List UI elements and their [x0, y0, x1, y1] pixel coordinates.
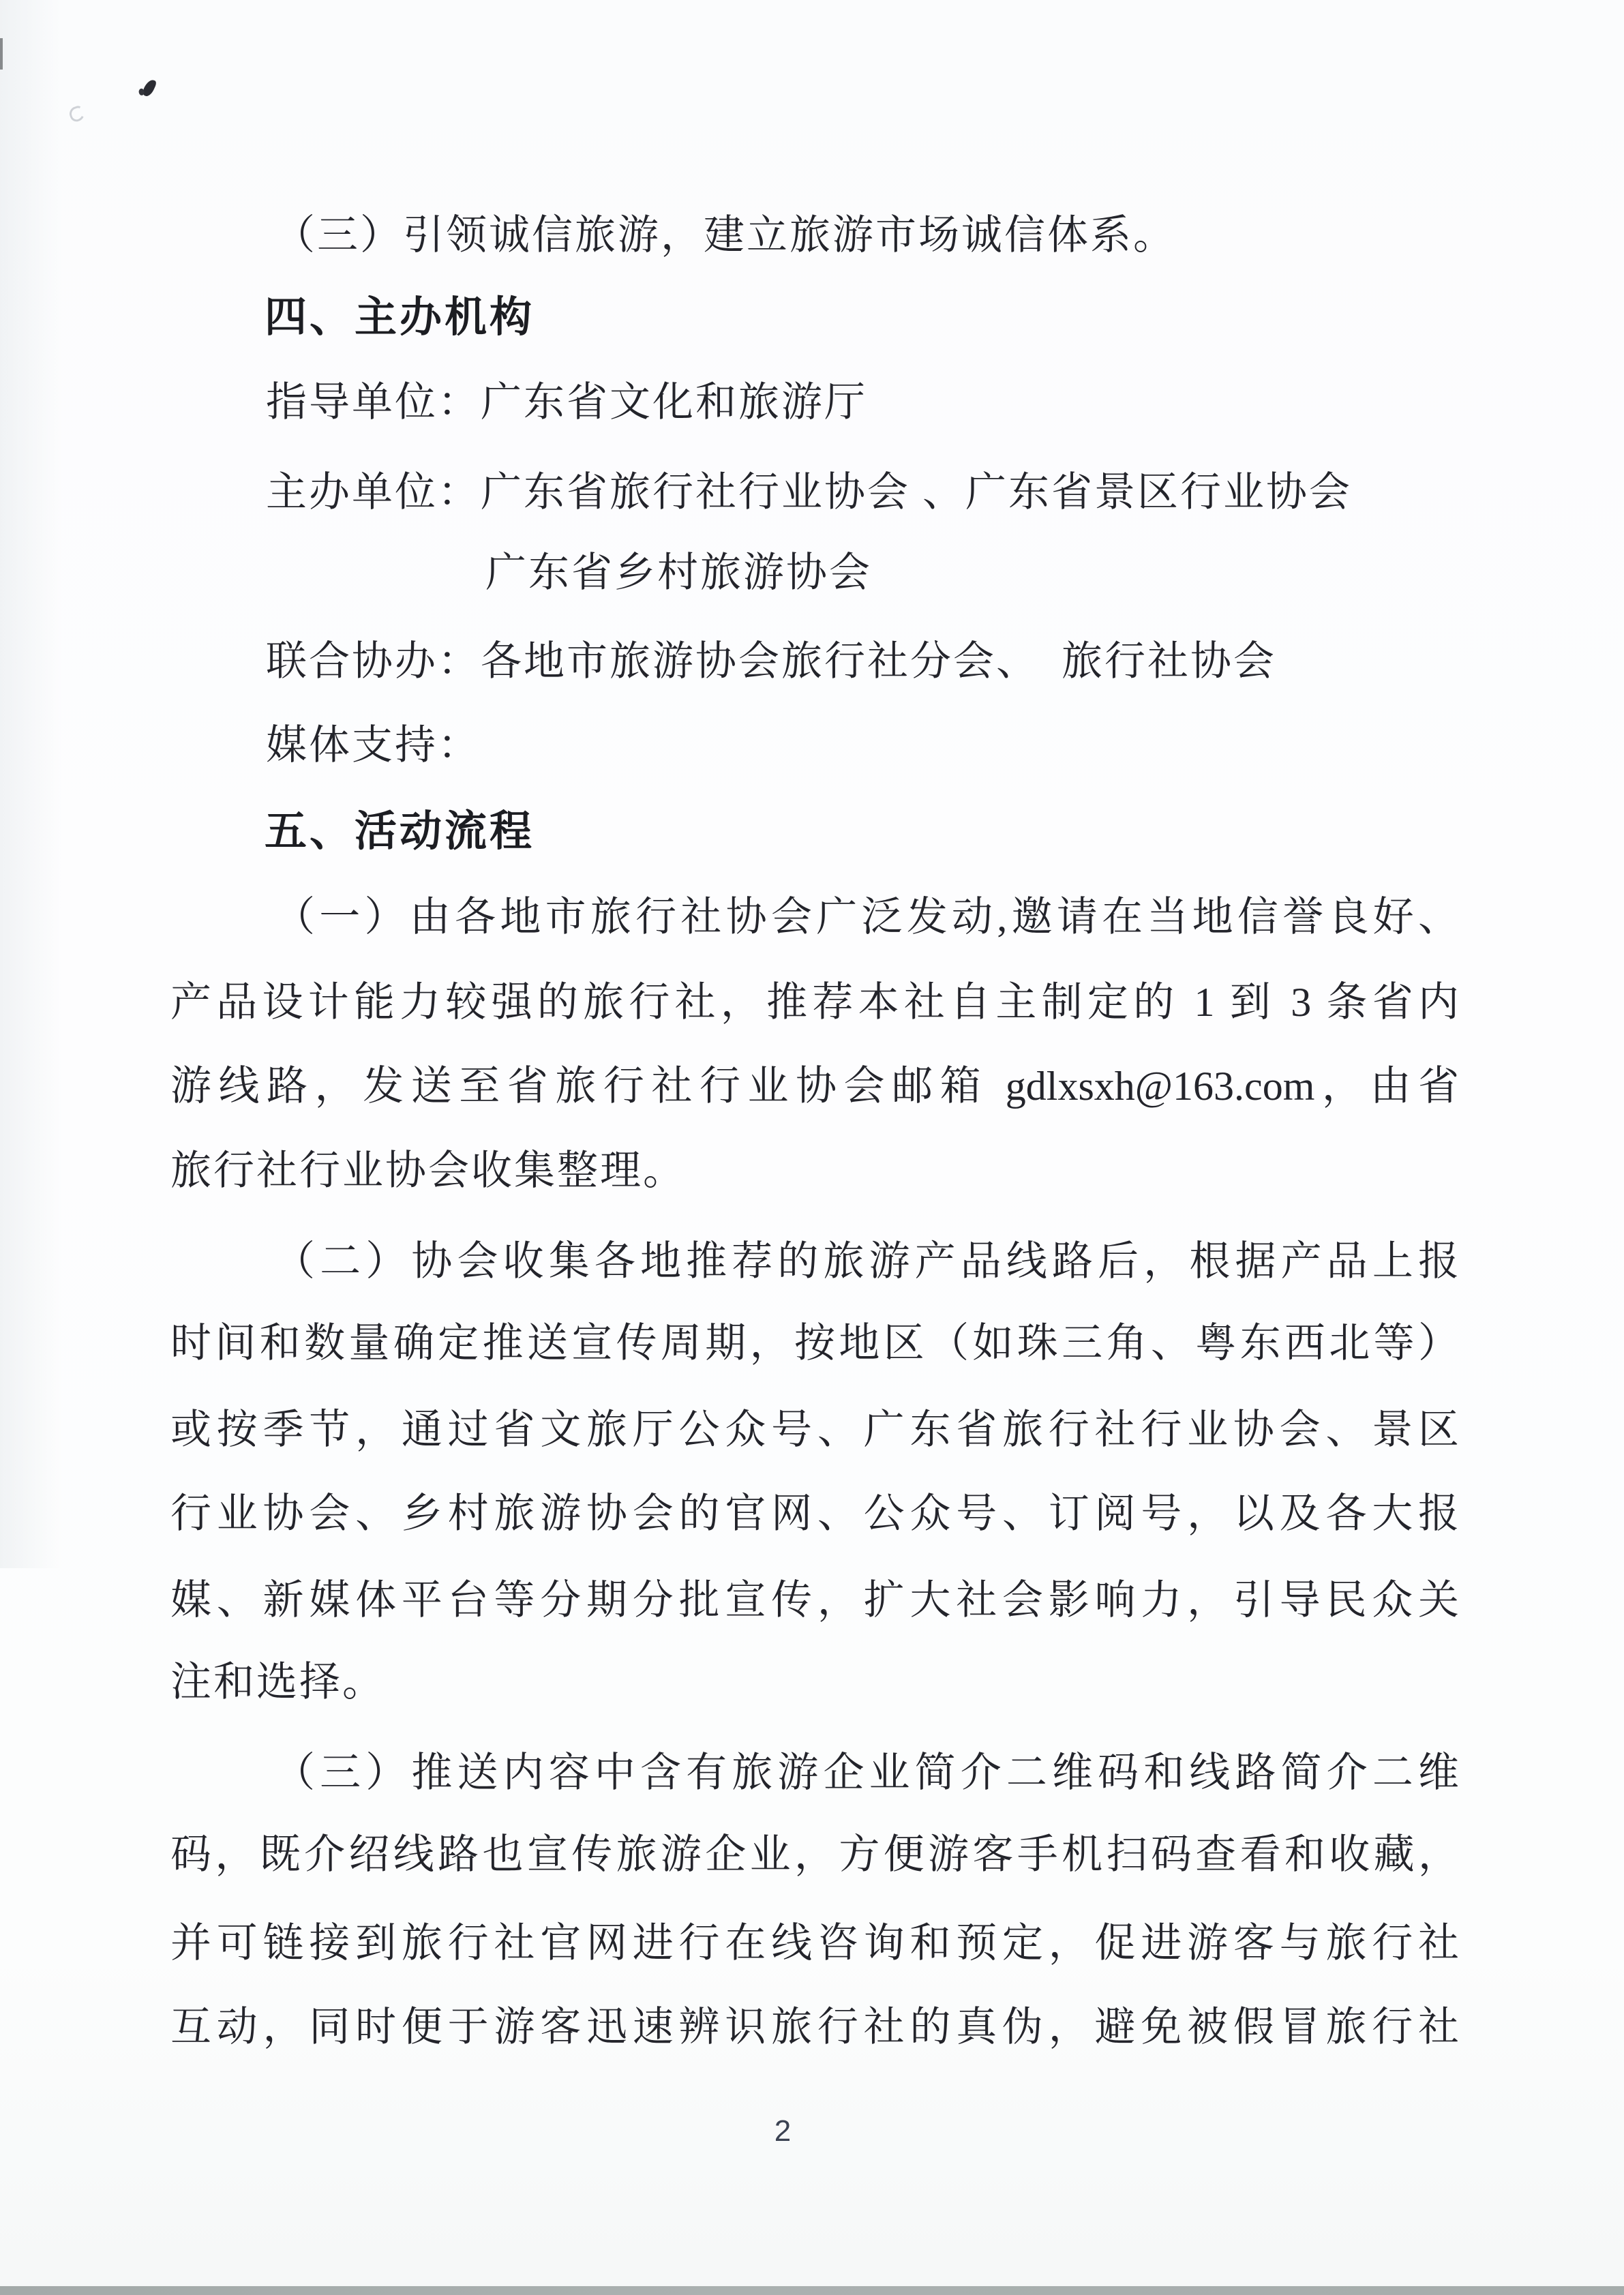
scanned-document-page: （三）引领诚信旅游，建立旅游市场诚信体系。 四、主办机构 指导单位：广东省文化和…: [0, 0, 1624, 2295]
line-co-organizers: 联合协办：各地市旅游协会旅行社分会、 旅行社协会: [266, 619, 1493, 704]
paragraph-line: 或按季节，通过省文旅厅公众号、广东省旅行社行业协会、景区: [170, 1387, 1459, 1472]
paragraph-line: （三）推送内容中含有旅游企业简介二维码和线路简介二维: [170, 1730, 1459, 1815]
line-host-unit: 主办单位：广东省旅行社行业协会 、广东省景区行业协会: [266, 450, 1493, 535]
paragraph-line: 行业协会、乡村旅游协会的官网、公众号、订阅号，以及各大报: [170, 1471, 1459, 1556]
paragraph-line-email: 游线路，发送至省旅行社行业协会邮箱 gdlxsxh@163.com，由省: [170, 1044, 1459, 1128]
page-number: 2: [762, 2111, 803, 2152]
paragraph-line: （一）由各地市旅行社协会广泛发动,邀请在当地信誉良好、: [170, 875, 1459, 959]
paragraph-line: 并可链接到旅行社官网进行在线咨询和预定，促进游客与旅行社: [170, 1901, 1459, 1985]
line-guiding-unit: 指导单位：广东省文化和旅游厅: [266, 360, 1493, 445]
scan-bottom-edge-shadow: [0, 2286, 1624, 2295]
line-host-unit-continued: 广东省乡村旅游协会: [485, 530, 1508, 615]
paragraph-line: 旅行社行业协会收集整理。: [170, 1128, 1459, 1213]
scan-edge-artifact: [0, 38, 3, 70]
paragraph-line: 互动，同时便于游客迅速辨识旅行社的真伪，避免被假冒旅行社: [170, 1985, 1459, 2069]
paragraph-line: 时间和数量确定推送宣传周期，按地区（如珠三角、粤东西北等）: [170, 1301, 1459, 1385]
heading-host-organizations: 四、主办机构: [265, 275, 1424, 360]
paragraph-line: 产品设计能力较强的旅行社，推荐本社自主制定的 1 到 3 条省内: [170, 960, 1459, 1045]
line-media-support: 媒体支持：: [266, 703, 1493, 787]
paragraph-line: 码，既介绍线路也宣传旅游企业，方便游客手机扫码查看和收藏，: [170, 1812, 1459, 1897]
paragraph-line-credit-tourism: （三）引领诚信旅游，建立旅游市场诚信体系。: [170, 193, 1459, 277]
heading-activity-process: 五、活动流程: [265, 790, 1424, 874]
paragraph-line: 注和选择。: [170, 1640, 1459, 1724]
pencil-smudge-mark: [67, 104, 87, 123]
scan-side-tint: [0, 0, 61, 1568]
ink-mark: [141, 78, 157, 97]
paragraph-line: 媒、新媒体平台等分期分批宣传，扩大社会影响力，引导民众关: [170, 1558, 1459, 1642]
paragraph-line: （二）协会收集各地推荐的旅游产品线路后，根据产品上报: [170, 1219, 1459, 1304]
